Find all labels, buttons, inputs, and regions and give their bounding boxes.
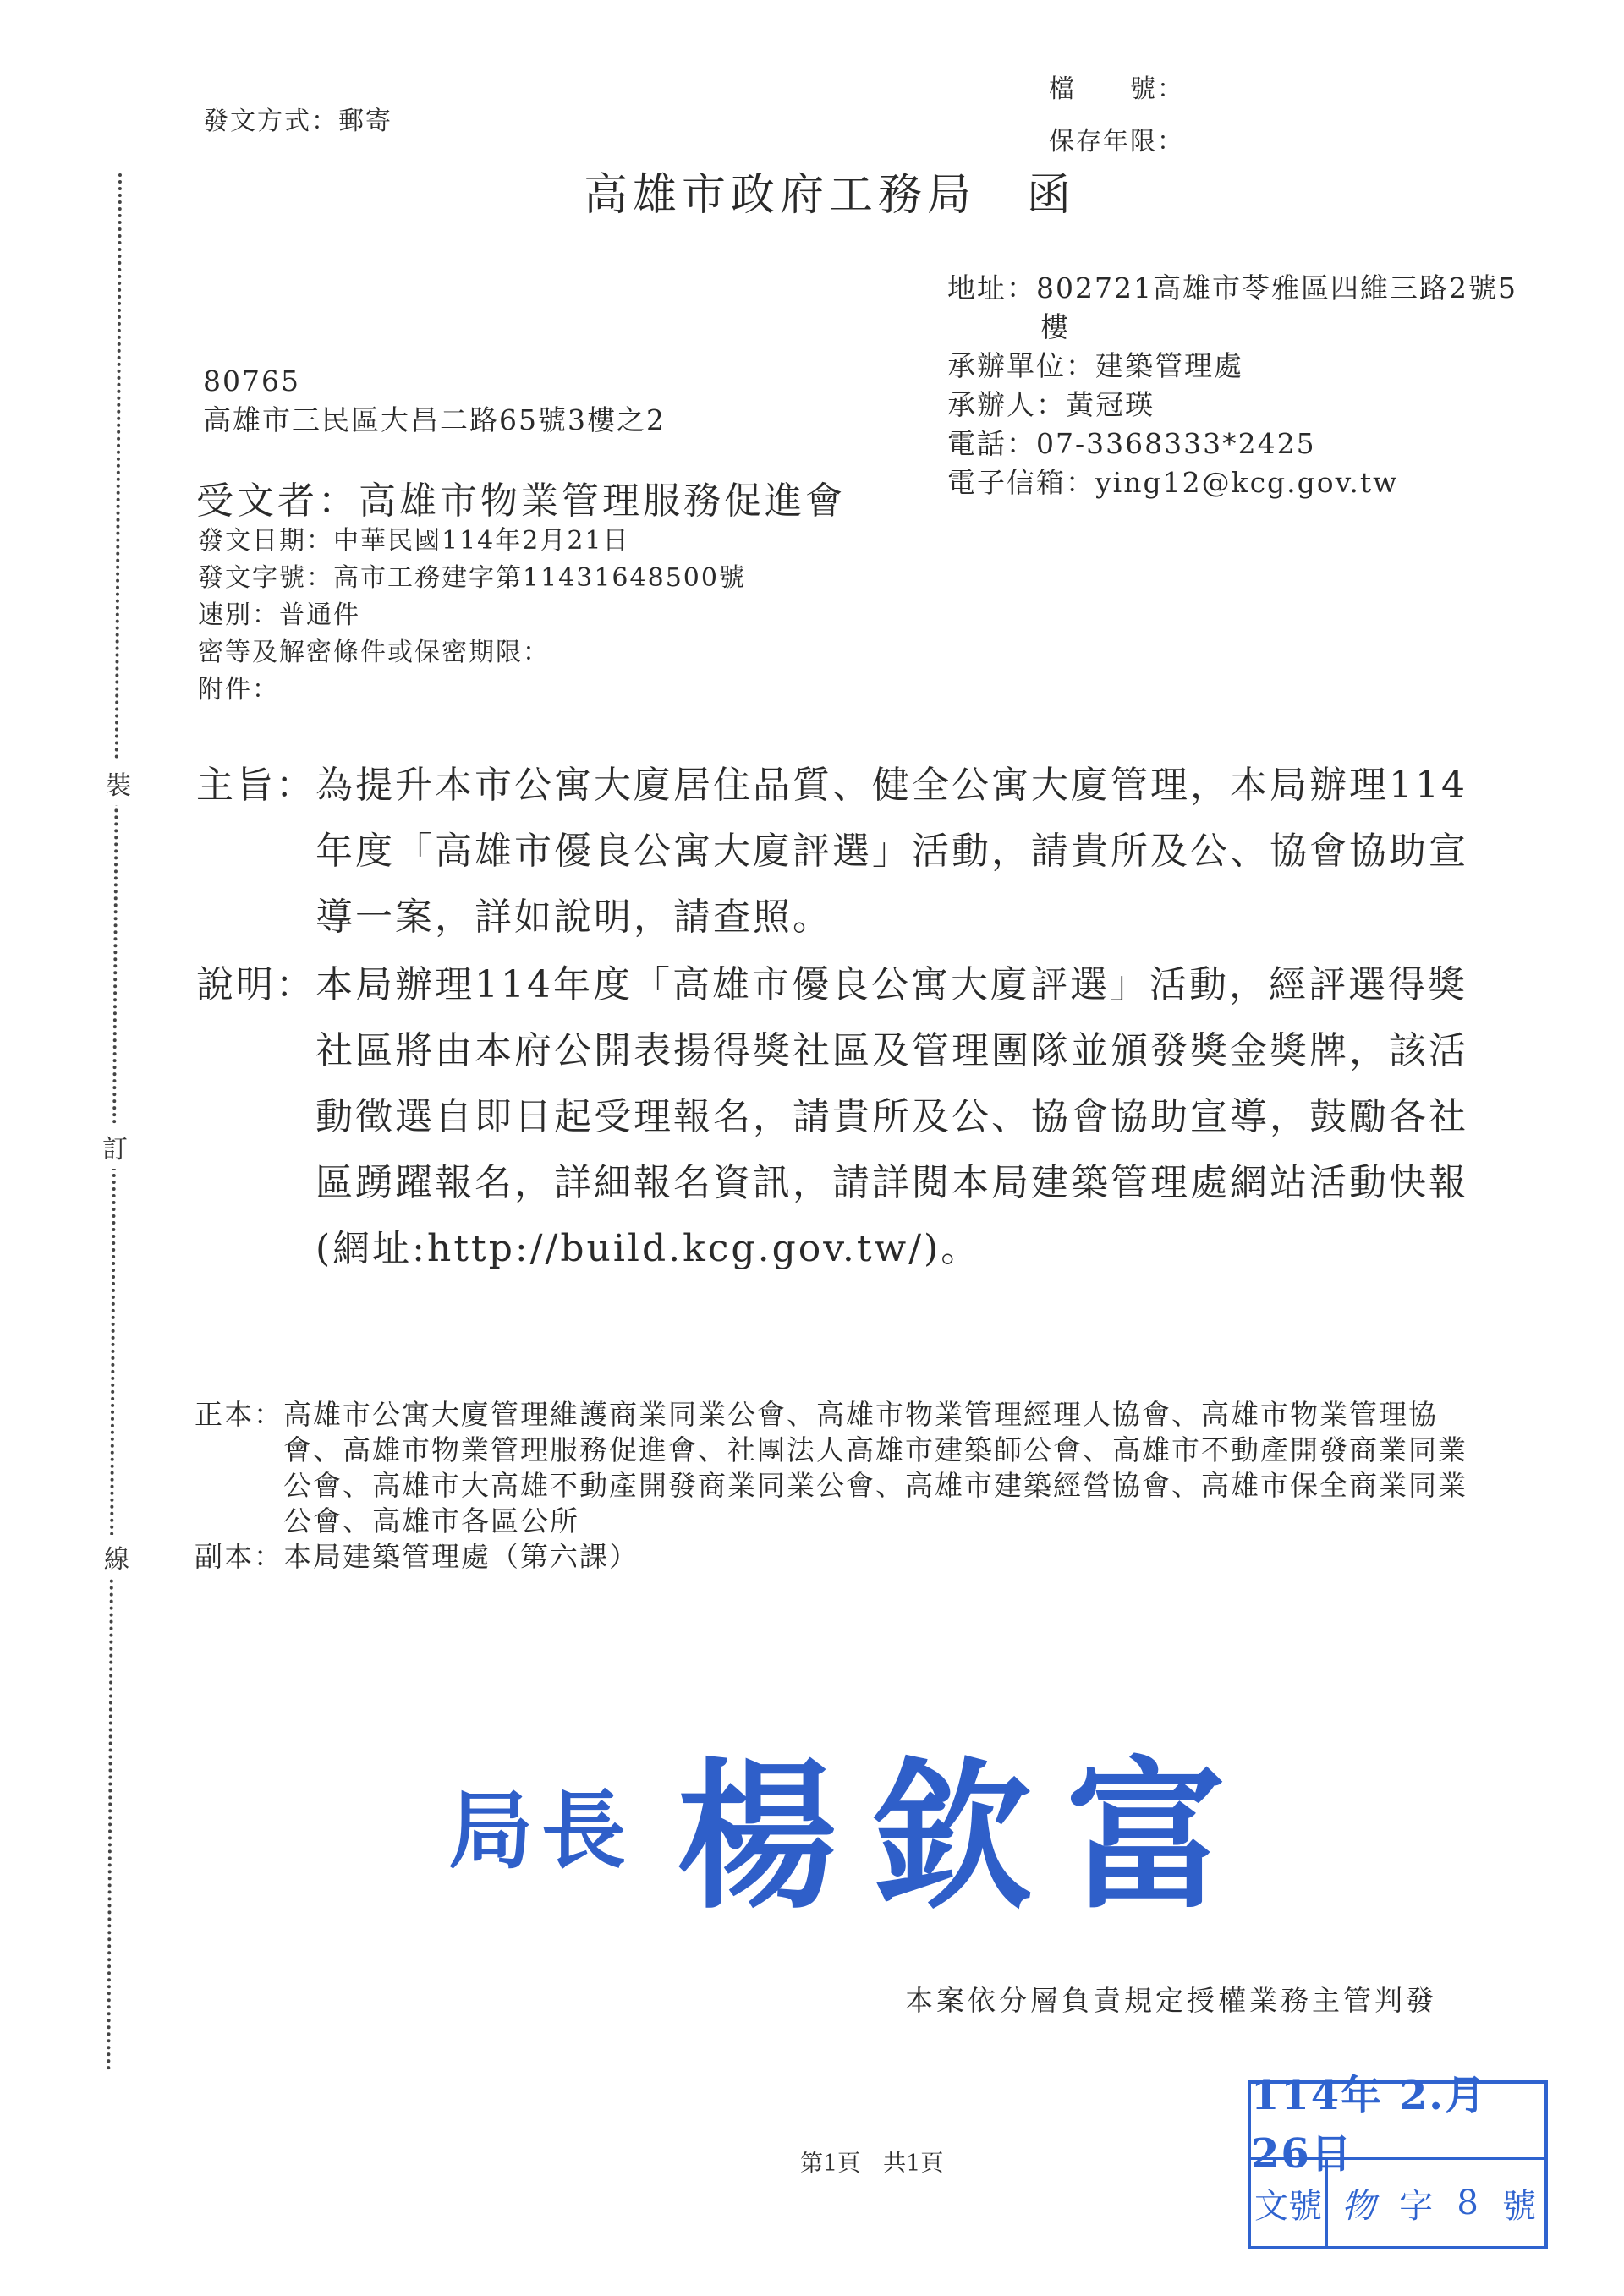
- signature-name: 楊欽富: [677, 1742, 1260, 1931]
- stamp-number: 8: [1457, 2184, 1478, 2222]
- stamp-suffix: 號: [1502, 2179, 1536, 2228]
- attachments: 附件：: [198, 671, 746, 709]
- sender-address-line2: 樓: [947, 308, 1517, 347]
- document-type: 函: [1027, 170, 1076, 221]
- stamp-number-value: 物 字 8 號: [1328, 2160, 1544, 2246]
- document-title: 高雄市政府工務局函: [584, 159, 1076, 222]
- document-meta: 發文日期：中華民國114年2月21日 發文字號：高市工務建字第114316485…: [198, 523, 746, 709]
- stamp-prefix: 物: [1341, 2179, 1375, 2228]
- sender-address-line1: 地址：802721高雄市苓雅區四維三路2號5: [947, 269, 1517, 308]
- binding-char-ding: 訂: [98, 1125, 132, 1169]
- recipient-address: 80765 高雄市三民區大昌二路65號3樓之2: [203, 362, 666, 440]
- speed-class: 速別：普通件: [198, 597, 746, 634]
- stamp-number-label: 文號: [1251, 2160, 1328, 2246]
- original-recipients-label: 正本：: [195, 1397, 283, 1539]
- binding-char-zhuang: 裝: [101, 761, 135, 805]
- distribution-section: 正本： 高雄市公寓大廈管理維護商業同業公會、高雄市物業管理經理人協會、高雄市物業…: [195, 1397, 1489, 1575]
- copy-recipients-label: 副本：: [195, 1539, 283, 1575]
- subject-text: 為提升本市公寓大廈居住品質、健全公寓大廈管理，本局辦理114年度「高雄市優良公寓…: [315, 753, 1490, 951]
- file-number-label: 檔 號：: [1049, 68, 1184, 105]
- retention-period-label: 保存年限：: [1049, 120, 1184, 157]
- signature-title: 局長: [448, 1781, 634, 1881]
- binding-char-xian: 線: [100, 1535, 134, 1579]
- handling-officer: 承辦人：黃冠瑛: [947, 386, 1517, 425]
- recipient-line: 受文者：高雄市物業管理服務促進會: [196, 470, 846, 524]
- subject-section: 主旨： 為提升本市公寓大廈居住品質、健全公寓大廈管理，本局辦理114年度「高雄市…: [196, 753, 1490, 951]
- secrecy-level: 密等及解密條件或保密期限：: [198, 634, 746, 671]
- binding-dotted-line: [107, 173, 122, 2072]
- subject-label: 主旨：: [196, 753, 315, 951]
- authorization-note: 本案依分層負責規定授權業務主管判發: [905, 1979, 1437, 2019]
- director-signature-stamp: 局長楊欽富: [448, 1708, 1260, 1939]
- handling-unit: 承辦單位：建築管理處: [947, 347, 1517, 386]
- received-date-stamp: 114年 2.月26日 文號 物 字 8 號: [1248, 2080, 1548, 2249]
- recipient-name: 高雄市物業管理服務促進會: [359, 479, 846, 523]
- agency-title: 高雄市政府工務局: [584, 170, 976, 221]
- document-number: 發文字號：高市工務建字第11431648500號: [198, 560, 746, 597]
- original-recipients-text: 高雄市公寓大廈管理維護商業同業公會、高雄市物業管理經理人協會、高雄市物業管理協會…: [283, 1397, 1489, 1539]
- recipient-label: 受文者：: [196, 479, 359, 523]
- copy-recipients-text: 本局建築管理處（第六課）: [283, 1539, 1489, 1575]
- explanation-section: 說明： 本局辦理114年度「高雄市優良公寓大廈評選」活動，經評選得獎社區將由本府…: [196, 952, 1490, 1282]
- explanation-label: 說明：: [196, 952, 315, 1282]
- sender-info: 地址：802721高雄市苓雅區四維三路2號5 樓 承辦單位：建築管理處 承辦人：…: [947, 269, 1517, 502]
- stamp-char: 字: [1399, 2179, 1433, 2228]
- contact-email: 電子信箱：ying12@kcg.gov.tw: [947, 463, 1517, 502]
- issue-date: 發文日期：中華民國114年2月21日: [198, 523, 746, 560]
- recipient-street-address: 高雄市三民區大昌二路65號3樓之2: [203, 401, 666, 440]
- stamp-date: 114年 2.月26日: [1251, 2084, 1544, 2160]
- contact-phone: 電話：07-3368333*2425: [947, 425, 1517, 463]
- explanation-text: 本局辦理114年度「高雄市優良公寓大廈評選」活動，經評選得獎社區將由本府公開表揚…: [315, 952, 1490, 1282]
- page-footer: 第1頁 共1頁: [800, 2145, 943, 2178]
- delivery-method: 發文方式：郵寄: [203, 100, 392, 137]
- recipient-postal-code: 80765: [203, 362, 666, 401]
